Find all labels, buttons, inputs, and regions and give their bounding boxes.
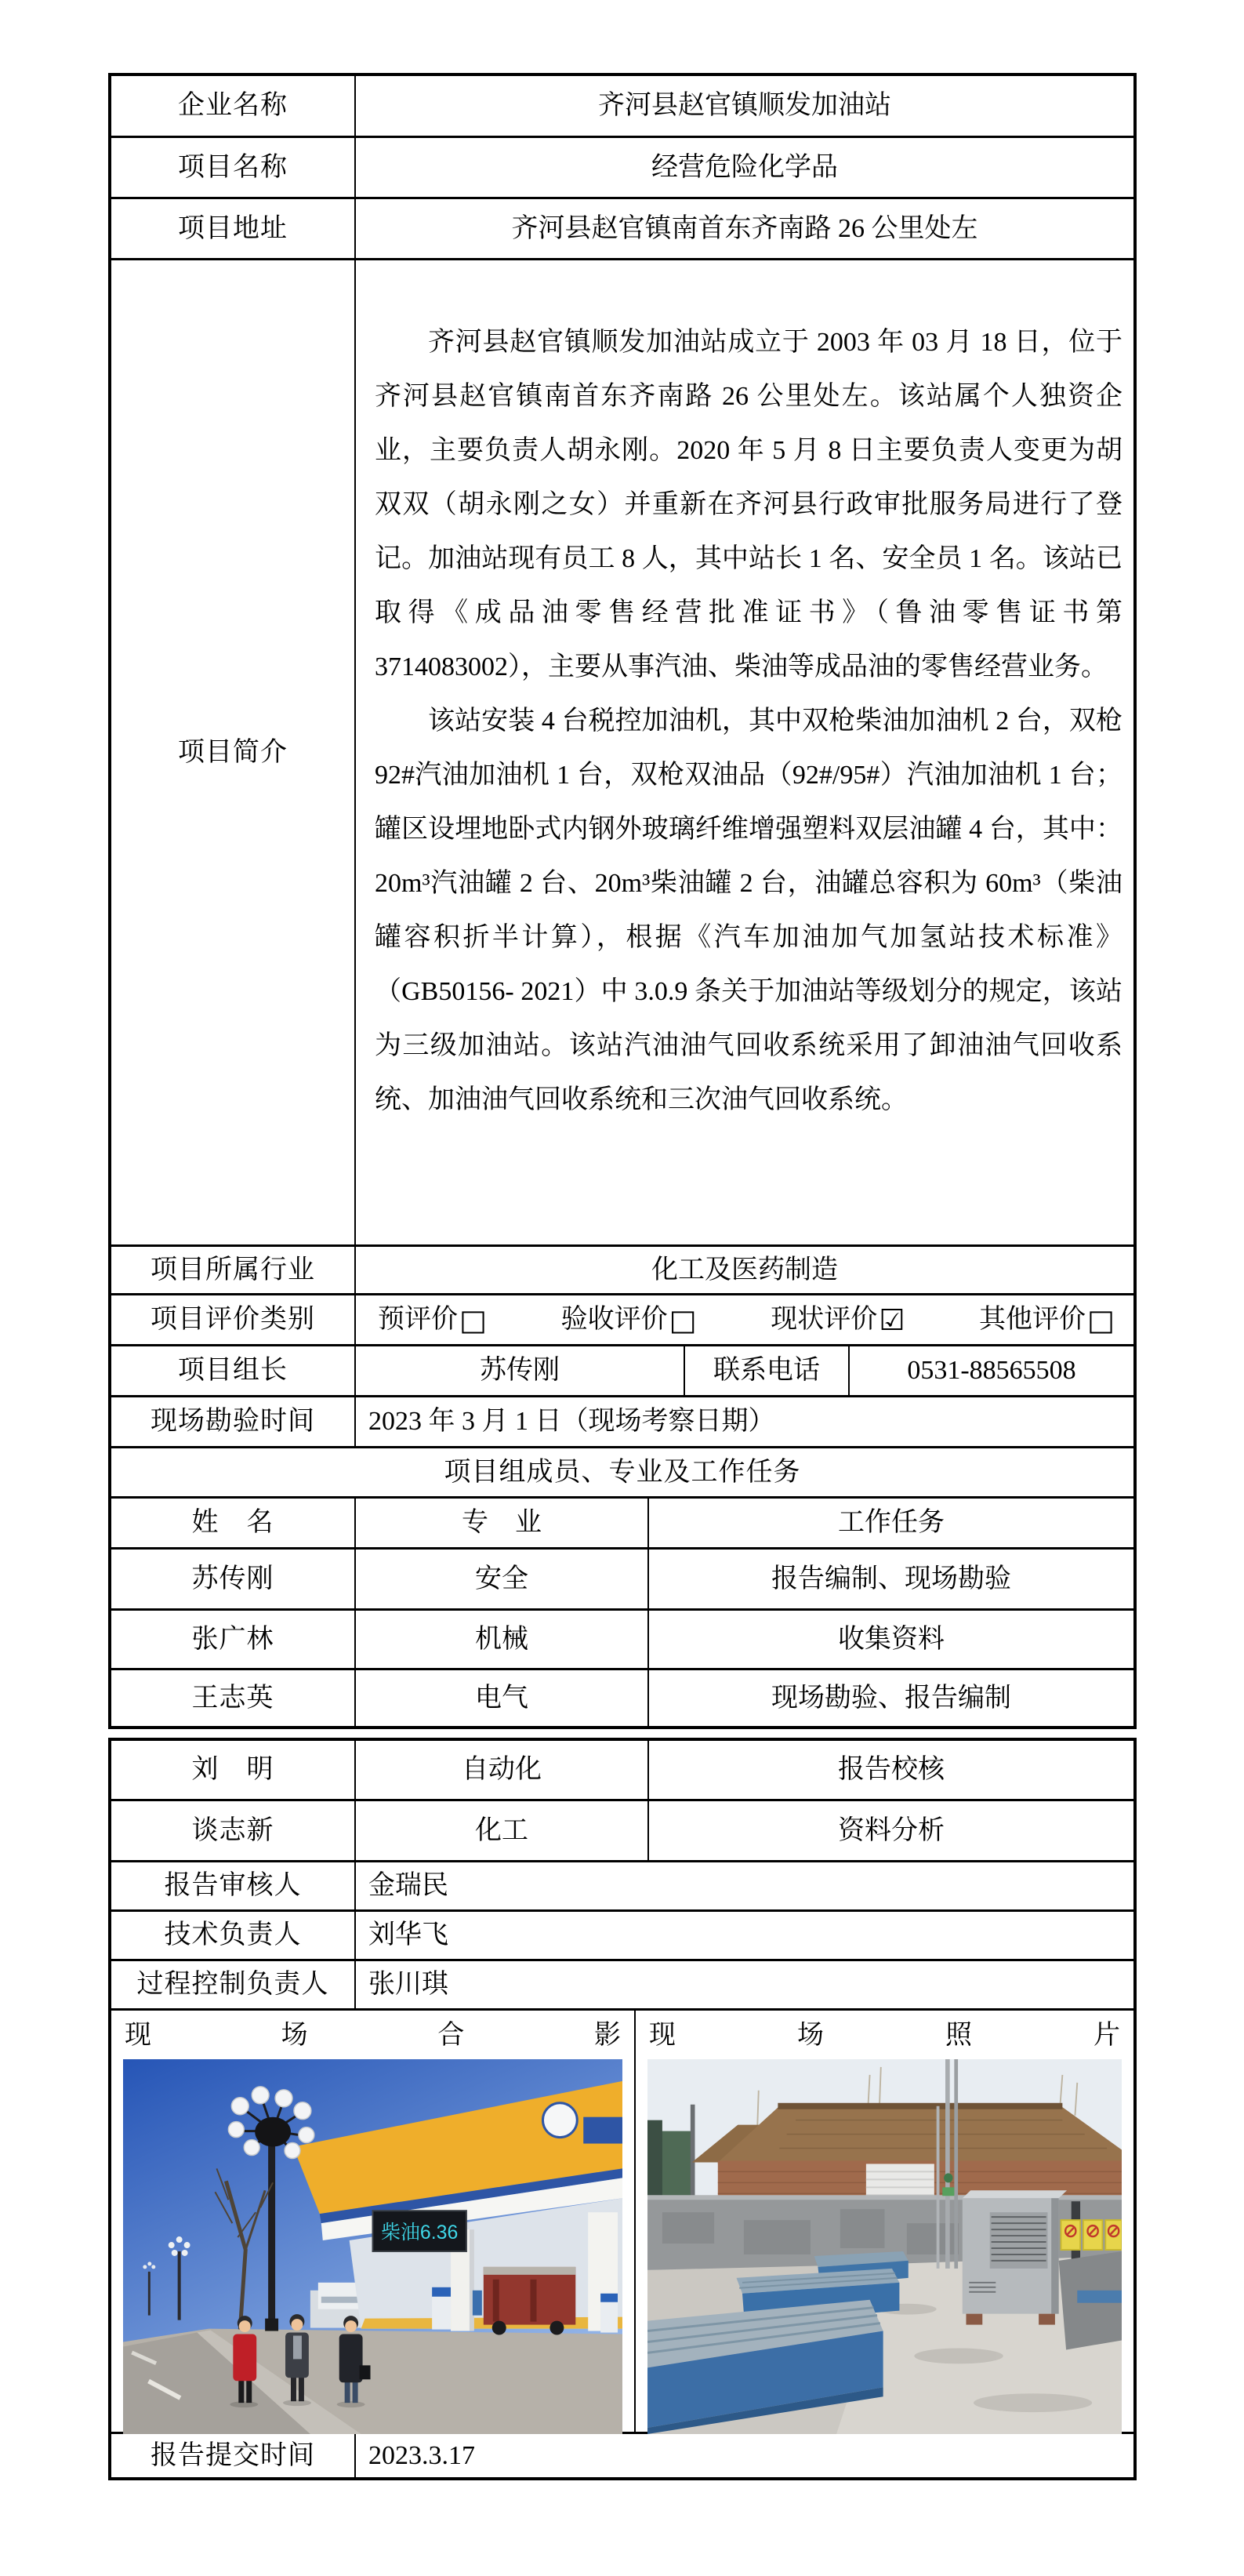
- evaluation-type-label: 项目评价类别: [111, 1295, 354, 1344]
- process-control-label: 过程控制负责人: [111, 1961, 354, 2008]
- process-control-row: 过程控制负责人 张川琪: [111, 1959, 1133, 2008]
- street-lamp-hub: [255, 2117, 291, 2147]
- report-reviewer-row: 报告审核人 金瑞民: [111, 1860, 1133, 1909]
- project-address-label: 项目地址: [111, 199, 354, 258]
- member-name: 谈志新: [111, 1801, 354, 1860]
- intro-paragraph-1: 齐河县赵官镇顺发加油站成立于 2003 年 03 月 18 日，位于齐河县赵官镇…: [375, 315, 1123, 694]
- member-row: 张广林 机械 收集资料: [111, 1608, 1133, 1668]
- member-name: 张广林: [111, 1611, 354, 1668]
- member-task: 报告编制、现场勘验: [647, 1550, 1133, 1608]
- evaluation-option-label: 预评价: [378, 1302, 458, 1338]
- team-leader-row: 项目组长 苏传刚 联系电话 0531-88565508: [111, 1344, 1133, 1395]
- company-row: 企业名称 齐河县赵官镇顺发加油站: [111, 76, 1133, 136]
- price-sign-text: 柴油6.36: [381, 2222, 458, 2244]
- phone-value: 0531-88565508: [848, 1346, 1133, 1395]
- member-major: 电气: [354, 1670, 647, 1726]
- team-leader-label: 项目组长: [111, 1346, 354, 1395]
- company-value: 齐河县赵官镇顺发加油站: [354, 76, 1133, 136]
- company-label: 企业名称: [111, 76, 354, 136]
- tech-lead-label: 技术负责人: [111, 1912, 354, 1959]
- project-name-value: 经营危险化学品: [354, 138, 1133, 197]
- industry-row: 项目所属行业 化工及医药制造: [111, 1244, 1133, 1293]
- member-name: 王志英: [111, 1670, 354, 1726]
- member-task: 收集资料: [647, 1611, 1133, 1668]
- report-tables: 企业名称 齐河县赵官镇顺发加油站 项目名称 经营危险化学品 项目地址 齐河县赵官…: [108, 73, 1137, 2480]
- project-intro-label: 项目简介: [111, 260, 354, 1244]
- member-task: 报告校核: [647, 1741, 1133, 1799]
- roof-main: [718, 2106, 1122, 2164]
- submit-date-label: 报告提交时间: [111, 2434, 354, 2477]
- checkbox-unchecked-icon: □: [459, 1306, 487, 1335]
- member-task-header: 工作任务: [647, 1499, 1133, 1547]
- report-reviewer-value: 金瑞民: [354, 1862, 1133, 1909]
- checkbox-unchecked-icon: □: [1087, 1306, 1115, 1335]
- site-photo-cell: 现 场 照 片: [634, 2011, 1133, 2432]
- site-photo: [647, 2059, 1122, 2434]
- photos-row: 现 场 合 影: [111, 2008, 1133, 2432]
- evaluation-option-other: 其他评价 □: [979, 1302, 1115, 1338]
- brand-logo: [542, 2103, 577, 2138]
- project-address-row: 项目地址 齐河县赵官镇南首东齐南路 26 公里处左: [111, 197, 1133, 258]
- project-name-label: 项目名称: [111, 138, 354, 197]
- member-task: 资料分析: [647, 1801, 1133, 1860]
- member-major-header: 专 业: [354, 1499, 647, 1547]
- member-row: 苏传刚 安全 报告编制、现场勘验: [111, 1547, 1133, 1608]
- project-intro-row: 项目简介 齐河县赵官镇顺发加油站成立于 2003 年 03 月 18 日，位于齐…: [111, 258, 1133, 1244]
- evaluation-option-pre: 预评价 □: [378, 1302, 487, 1338]
- project-info-table: 企业名称 齐河县赵官镇顺发加油站 项目名称 经营危险化学品 项目地址 齐河县赵官…: [108, 73, 1137, 1729]
- tech-lead-value: 刘华飞: [354, 1912, 1133, 1959]
- tech-lead-row: 技术负责人 刘华飞: [111, 1909, 1133, 1959]
- member-name: 刘 明: [111, 1741, 354, 1799]
- survey-date-label: 现场勘验时间: [111, 1397, 354, 1446]
- group-photo: 柴油6.36: [123, 2059, 622, 2434]
- project-name-row: 项目名称 经营危险化学品: [111, 136, 1133, 197]
- team-leader-value: 苏传刚: [354, 1346, 684, 1395]
- evaluation-options: 预评价 □ 验收评价 □ 现状评价 ☑ 其他评价 □: [354, 1295, 1133, 1344]
- group-photo-cell: 现 场 合 影: [111, 2011, 634, 2432]
- evaluation-option-label: 验收评价: [561, 1302, 668, 1338]
- group-photo-title: 现 场 合 影: [125, 2018, 621, 2053]
- project-info-table-continued: 刘 明 自动化 报告校核 谈志新 化工 资料分析 报告审核人 金瑞民 技术负责人…: [108, 1738, 1137, 2480]
- checkbox-unchecked-icon: □: [669, 1306, 697, 1335]
- industry-label: 项目所属行业: [111, 1247, 354, 1293]
- distant-lamp: [178, 2251, 181, 2320]
- member-name: 苏传刚: [111, 1550, 354, 1608]
- report-reviewer-label: 报告审核人: [111, 1862, 354, 1909]
- submit-date-value: 2023.3.17: [354, 2434, 1133, 2477]
- report-cover-page: 企业名称 齐河县赵官镇顺发加油站 项目名称 经营危险化学品 项目地址 齐河县赵官…: [0, 0, 1244, 2576]
- evaluation-option-status: 现状评价 ☑: [771, 1302, 905, 1338]
- member-task: 现场勘验、报告编制: [647, 1670, 1133, 1726]
- survey-date-row: 现场勘验时间 2023 年 3 月 1 日（现场考察日期）: [111, 1395, 1133, 1446]
- street-lamp-pole: [268, 2138, 275, 2330]
- intro-paragraph-2: 该站安装 4 台税控加油机，其中双枪柴油加油机 2 台，双枪 92#汽油加油机 …: [375, 694, 1123, 1127]
- members-title: 项目组成员、专业及工作任务: [111, 1448, 1133, 1496]
- member-row: 谈志新 化工 资料分析: [111, 1799, 1133, 1860]
- phone-label: 联系电话: [684, 1346, 848, 1395]
- site-photo-title: 现 场 照 片: [649, 2018, 1120, 2053]
- checkbox-checked-icon: ☑: [879, 1306, 905, 1335]
- evaluation-option-label: 其他评价: [979, 1302, 1086, 1338]
- member-major: 化工: [354, 1801, 647, 1860]
- member-major: 机械: [354, 1611, 647, 1668]
- members-title-row: 项目组成员、专业及工作任务: [111, 1446, 1133, 1496]
- survey-date-value: 2023 年 3 月 1 日（现场考察日期）: [354, 1397, 1133, 1446]
- process-control-value: 张川琪: [354, 1961, 1133, 2008]
- member-major: 自动化: [354, 1741, 647, 1799]
- evaluation-option-acceptance: 验收评价 □: [561, 1302, 697, 1338]
- submit-date-row: 报告提交时间 2023.3.17: [111, 2432, 1133, 2477]
- industry-value: 化工及医药制造: [354, 1247, 1133, 1293]
- equipment-cabinet: [963, 2190, 1067, 2324]
- member-name-header: 姓 名: [111, 1499, 354, 1547]
- member-major: 安全: [354, 1550, 647, 1608]
- project-intro-text: 齐河县赵官镇顺发加油站成立于 2003 年 03 月 18 日，位于齐河县赵官镇…: [354, 260, 1133, 1244]
- members-header-row: 姓 名 专 业 工作任务: [111, 1496, 1133, 1547]
- attendant-figure: [473, 2291, 482, 2316]
- evaluation-type-row: 项目评价类别 预评价 □ 验收评价 □ 现状评价 ☑ 其他评: [111, 1293, 1133, 1344]
- member-row: 王志英 电气 现场勘验、报告编制: [111, 1668, 1133, 1726]
- project-address-value: 齐河县赵官镇南首东齐南路 26 公里处左: [354, 199, 1133, 258]
- member-row: 刘 明 自动化 报告校核: [111, 1741, 1133, 1799]
- evaluation-option-label: 现状评价: [771, 1302, 877, 1338]
